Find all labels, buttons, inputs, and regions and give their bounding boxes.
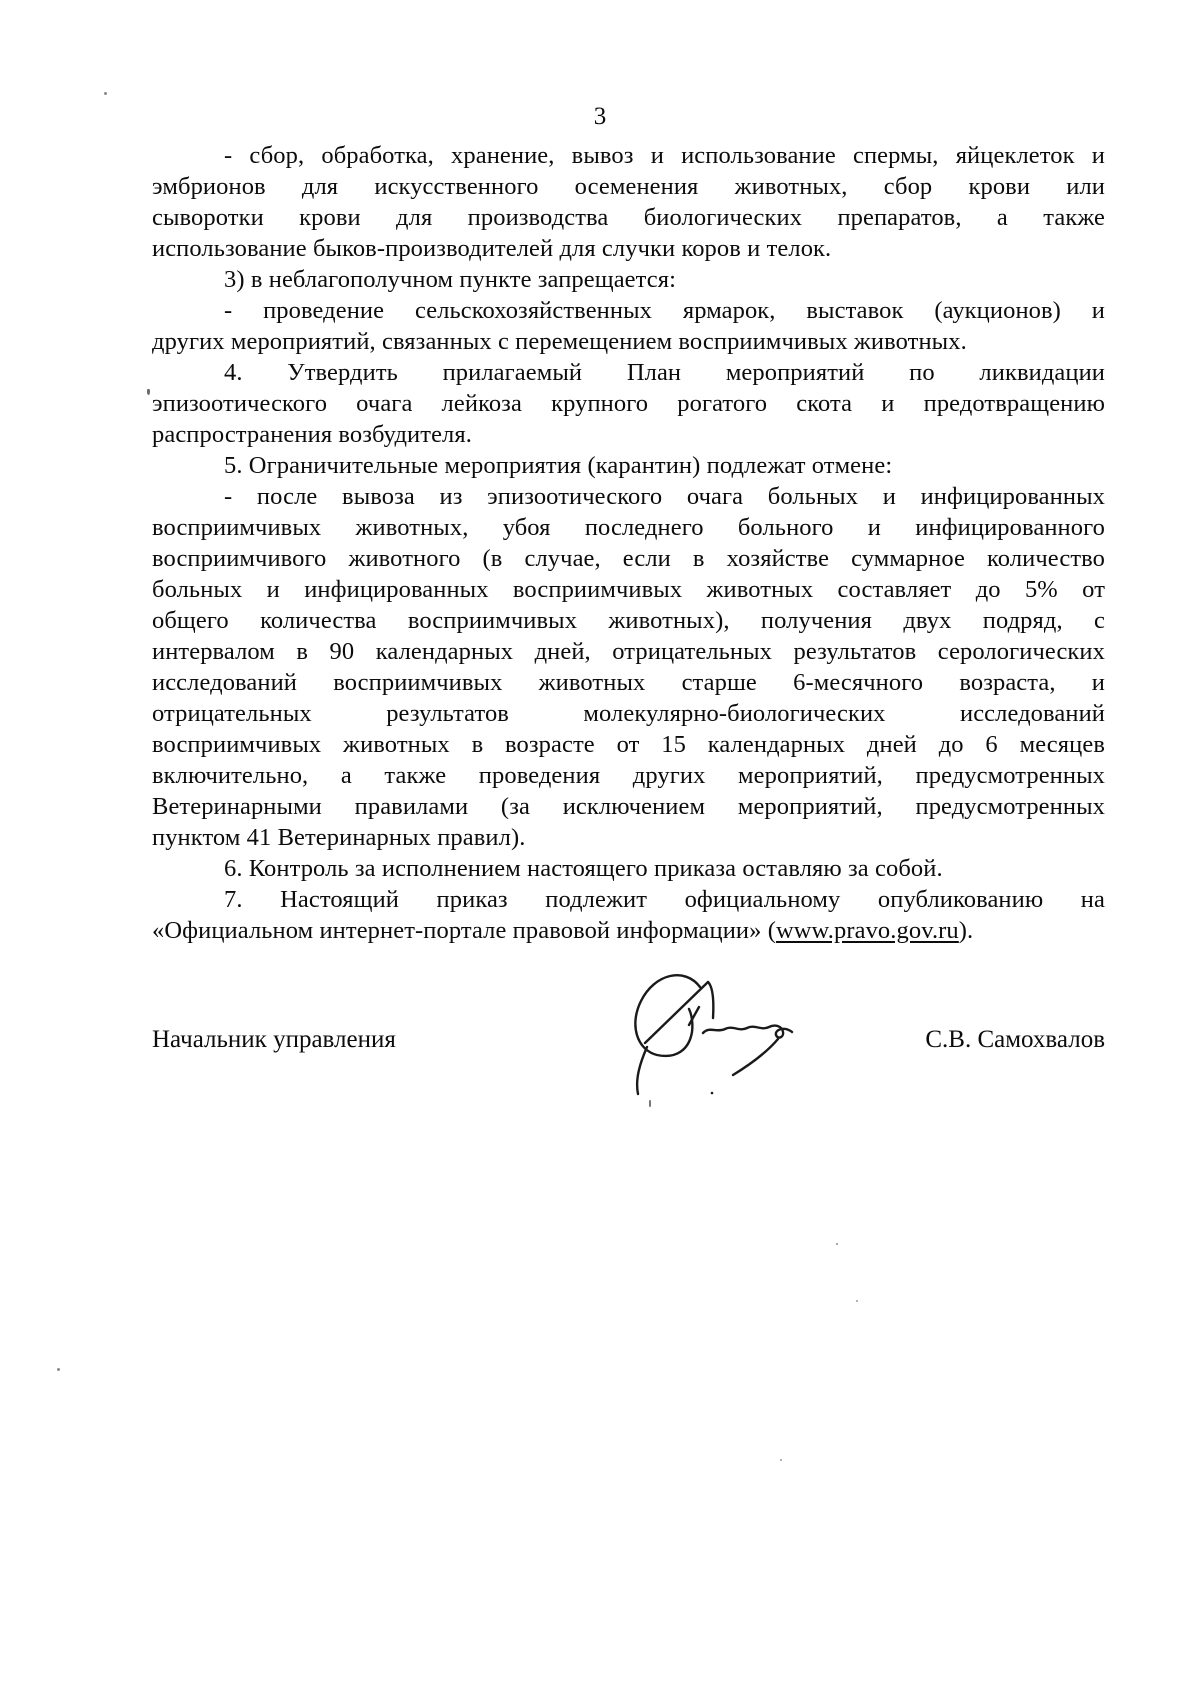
paragraph-line: 4. Утвердить прилагаемый План мероприяти… — [152, 357, 1105, 388]
paragraph-line: - после вывоза из эпизоотического очага … — [152, 481, 1105, 512]
scan-speck — [856, 1300, 858, 1302]
paragraph-line: больных и инфицированных восприимчивых ж… — [152, 574, 1105, 605]
signatory-name: С.В. Самохвалов — [925, 1024, 1105, 1055]
paragraph-line: Ветеринарными правилами (за исключением … — [152, 791, 1105, 822]
document-body: - сбор, обработка, хранение, вывоз и исп… — [152, 140, 1105, 946]
paragraph-line: исследований восприимчивых животных стар… — [152, 667, 1105, 698]
publication-text-before: «Официальном интернет-портале правовой и… — [152, 917, 776, 944]
paragraph-line: эмбрионов для искусственного осеменения … — [152, 171, 1105, 202]
page-number: 3 — [0, 101, 1200, 132]
paragraph-line: - проведение сельскохозяйственных ярмаро… — [152, 295, 1105, 326]
paragraph-line: других мероприятий, связанных с перемеще… — [152, 326, 1105, 357]
paragraph-line: включительно, а также проведения других … — [152, 760, 1105, 791]
paragraph-line: эпизоотического очага лейкоза крупного р… — [152, 388, 1105, 419]
paragraph-line: 7. Настоящий приказ подлежит официальном… — [152, 884, 1105, 915]
paragraph-line: распространения возбудителя. — [152, 419, 1105, 450]
paragraph-line: 3) в неблагополучном пункте запрещается: — [152, 264, 1105, 295]
scan-speck — [836, 1243, 838, 1245]
scan-speck — [780, 1459, 782, 1461]
paragraph-line: сыворотки крови для производства биологи… — [152, 202, 1105, 233]
pravo-gov-ru-link: www.pravo.gov.ru — [776, 917, 959, 944]
handwritten-signature — [625, 963, 810, 1108]
scan-speck — [57, 1368, 60, 1371]
paragraph-line: 6. Контроль за исполнением настоящего пр… — [152, 853, 1105, 884]
paragraph-line: использование быков-производителей для с… — [152, 233, 1105, 264]
paragraph-line: пунктом 41 Ветеринарных правил). — [152, 822, 1105, 853]
paragraph-line: отрицательных результатов молекулярно-би… — [152, 698, 1105, 729]
paragraph-line: общего количества восприимчивых животных… — [152, 605, 1105, 636]
signatory-position-title: Начальник управления — [152, 1024, 396, 1055]
paragraph-line: интервалом в 90 календарных дней, отрица… — [152, 636, 1105, 667]
scan-speck — [104, 92, 107, 95]
publication-text-after: ). — [959, 917, 973, 944]
paragraph-line: восприимчивого животного (в случае, если… — [152, 543, 1105, 574]
publication-line: «Официальном интернет-портале правовой и… — [152, 915, 1105, 946]
paragraph-line: восприимчивых животных, убоя последнего … — [152, 512, 1105, 543]
paragraph-line: - сбор, обработка, хранение, вывоз и исп… — [152, 140, 1105, 171]
document-page: 3 - сбор, обработка, хранение, вывоз и и… — [0, 0, 1200, 1703]
paragraph-line: 5. Ограничительные мероприятия (карантин… — [152, 450, 1105, 481]
scan-speck — [649, 1100, 651, 1107]
paragraph-line: восприимчивых животных в возрасте от 15 … — [152, 729, 1105, 760]
scan-speck — [147, 389, 150, 395]
